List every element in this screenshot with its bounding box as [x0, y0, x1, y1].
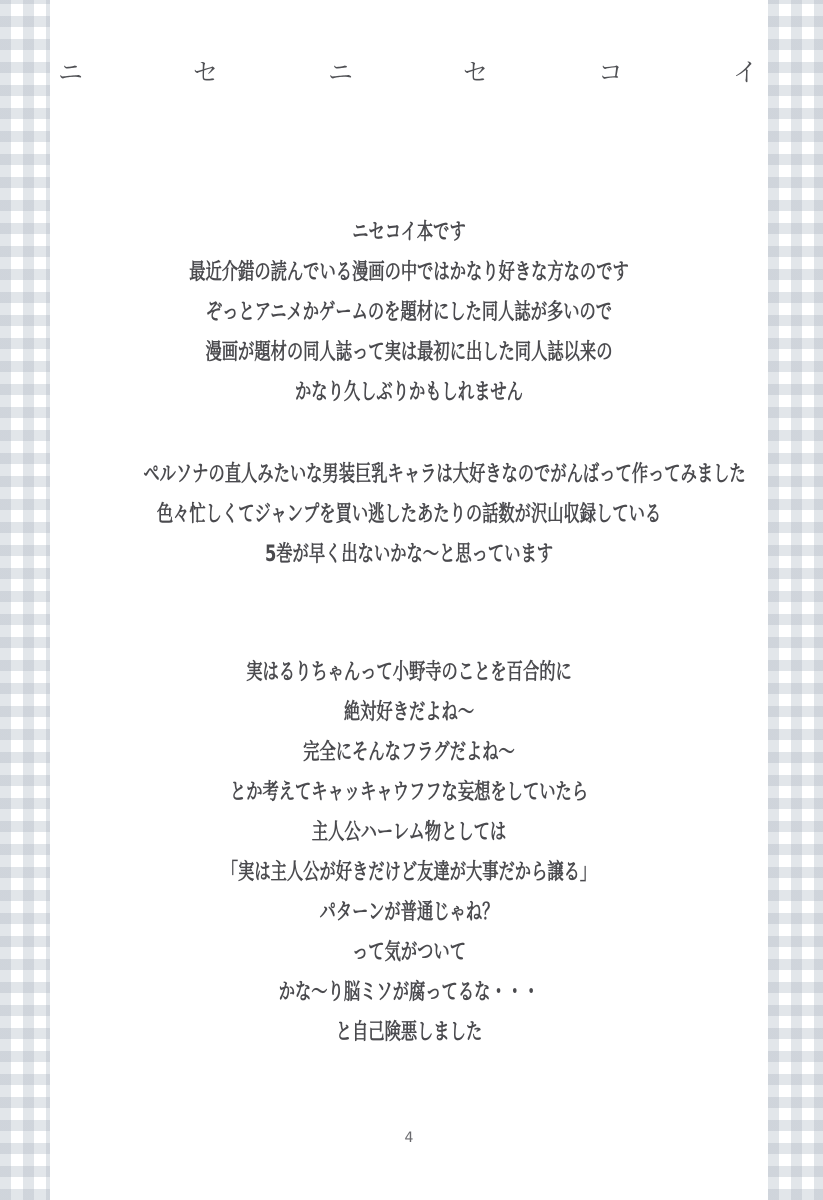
- text-line: かな〜り脳ミソが腐ってるな・・・: [143, 973, 674, 1013]
- title-char: セ: [193, 53, 218, 89]
- text-line: 5巻が早く出ないかな〜と思っています: [143, 535, 674, 575]
- text-line: 完全にそんなフラグだよね〜: [143, 733, 674, 773]
- title-char: コ: [598, 53, 623, 89]
- title-char: イ: [733, 53, 758, 89]
- text-line: と自己険悪しました: [143, 1013, 674, 1053]
- right-gingham-border: [768, 0, 823, 1200]
- text-line: 最近介錯の読んでいる漫画の中ではかなり好きな方なのです: [143, 253, 674, 293]
- title-char: セ: [463, 53, 488, 89]
- text-line: 絶対好きだよね〜: [143, 693, 674, 733]
- text-line: って気がついて: [143, 933, 674, 973]
- text-line: 「実は主人公が好きだけど友達が大事だから譲る」: [143, 853, 674, 893]
- text-line: 主人公ハーレム物としては: [143, 813, 674, 853]
- afterword-paragraph-3: 実はるりちゃんって小野寺のことを百合的に 絶対好きだよね〜 完全にそんなフラグだ…: [143, 653, 674, 1053]
- page-number: 4: [50, 1130, 768, 1146]
- left-gingham-border: [0, 0, 50, 1200]
- text-line: とか考えてキャッキャウフフな妄想をしていたら: [143, 773, 674, 813]
- text-line: パターンが普通じゃね？: [143, 893, 674, 933]
- text-line: ニセコイ本です: [143, 213, 674, 253]
- afterword-paragraph-1: ニセコイ本です 最近介錯の読んでいる漫画の中ではかなり好きな方なのです ぞっとア…: [143, 213, 674, 413]
- text-line: ペルソナの直人みたいな男装巨乳キャラは大好きなのでがんばって作ってみました: [143, 455, 674, 495]
- text-line: かなり久しぶりかもしれません: [143, 373, 674, 413]
- title-char: ニ: [58, 53, 83, 89]
- page-title: ニ セ ニ セ コ イ: [58, 53, 758, 89]
- text-line: 実はるりちゃんって小野寺のことを百合的に: [143, 653, 674, 693]
- title-char: ニ: [328, 53, 353, 89]
- page-content: ニ セ ニ セ コ イ ニセコイ本です 最近介錯の読んでいる漫画の中ではかなり好…: [50, 0, 768, 1200]
- scanned-doujinshi-page: ニ セ ニ セ コ イ ニセコイ本です 最近介錯の読んでいる漫画の中ではかなり好…: [0, 0, 823, 1200]
- text-line: ぞっとアニメかゲームのを題材にした同人誌が多いので: [143, 293, 674, 333]
- text-line: 漫画が題材の同人誌って実は最初に出した同人誌以来の: [143, 333, 674, 373]
- text-line: 色々忙しくてジャンプを買い逃したあたりの話数が沢山収録している: [143, 495, 674, 535]
- afterword-paragraph-2: ペルソナの直人みたいな男装巨乳キャラは大好きなのでがんばって作ってみました 色々…: [143, 455, 674, 575]
